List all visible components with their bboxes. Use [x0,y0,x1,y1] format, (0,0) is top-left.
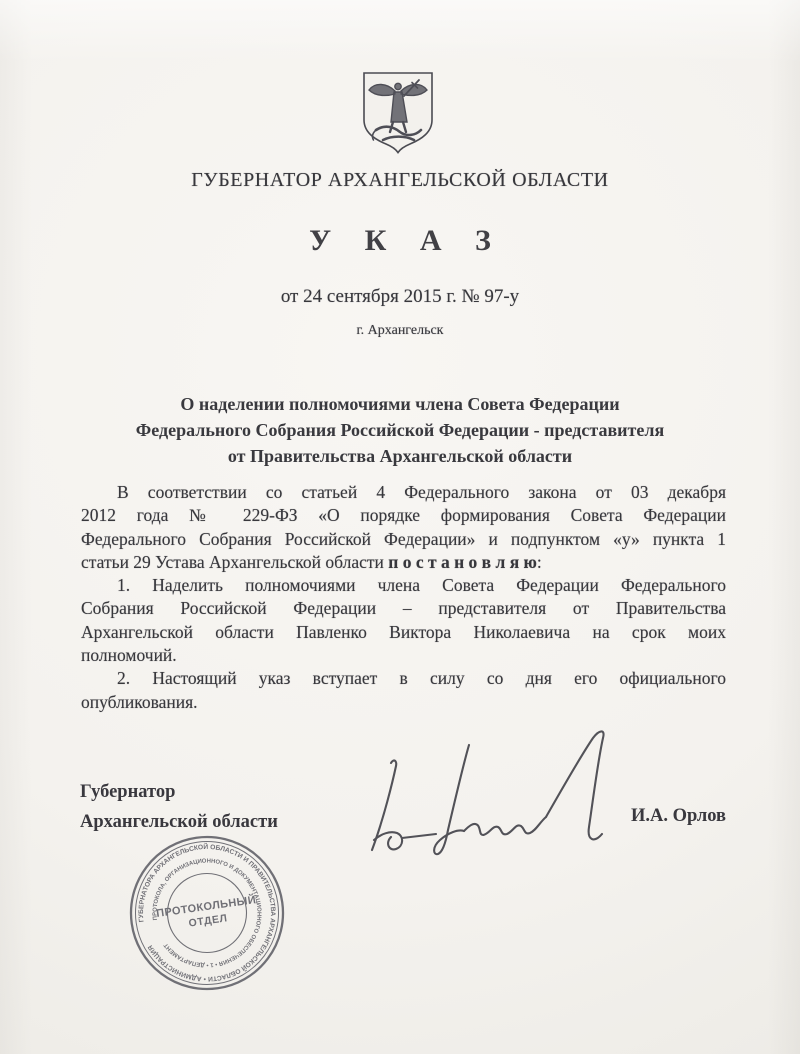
doc-date-number: от 24 сентября 2015 г. № 97-у [0,286,800,308]
body-paragraph-3: 2. Настоящий указ вступает в силу со дня… [81,667,726,714]
doc-title-line: О наделении полномочиями члена Совета Фе… [0,391,800,417]
resolution-word: п о с т а н о в л я ю [388,552,537,572]
doc-city: г. Архангельск [0,323,800,339]
body-line: Собрания Российской Федерации – представ… [81,597,726,620]
body-line: 2. Настоящий указ вступает в силу со дня… [81,667,726,690]
resolution-pre: статьи 29 Устава Архангельской области [81,552,388,572]
stamp-center-line2: ОТДЕЛ [188,912,228,929]
doc-title-line: Федерального Собрания Российской Федерац… [0,417,800,443]
resolution-line: статьи 29 Устава Архангельской области п… [81,551,726,574]
body-line: 2012 года № 229-ФЗ «О порядке формирован… [81,504,726,527]
doc-title: О наделении полномочиями члена Совета Фе… [0,391,800,469]
round-stamp: ГУБЕРНАТОРА АРХАНГЕЛЬСКОЙ ОБЛАСТИ И ПРАВ… [125,831,289,995]
body-line: В соответствии со статьей 4 Федерального… [81,481,726,504]
body-line: Архангельской области Павленко Виктора Н… [81,621,726,644]
doc-title-line: от Правительства Архангельской области [0,443,800,469]
body-line: 1. Наделить полномочиями члена Совета Фе… [81,574,726,597]
body-paragraph-1: В соответствии со статьей 4 Федерального… [81,481,726,574]
signature-autograph [346,708,622,864]
body-line: полномочий. [81,644,726,667]
doc-body: В соответствии со статьей 4 Федерального… [81,481,726,714]
org-name: ГУБЕРНАТОР АРХАНГЕЛЬСКОЙ ОБЛАСТИ [0,169,800,192]
signer-position-line: Губернатор [80,777,278,807]
resolution-colon: : [537,552,542,572]
body-paragraph-2: 1. Наделить полномочиями члена Совета Фе… [81,574,726,667]
coat-of-arms-icon [360,70,436,156]
scanned-decree-page: ГУБЕРНАТОР АРХАНГЕЛЬСКОЙ ОБЛАСТИ У К А З… [0,0,800,1054]
doc-type-heading: У К А З [0,224,800,258]
body-line: Федерального Собрания Российской Федерац… [81,528,726,551]
